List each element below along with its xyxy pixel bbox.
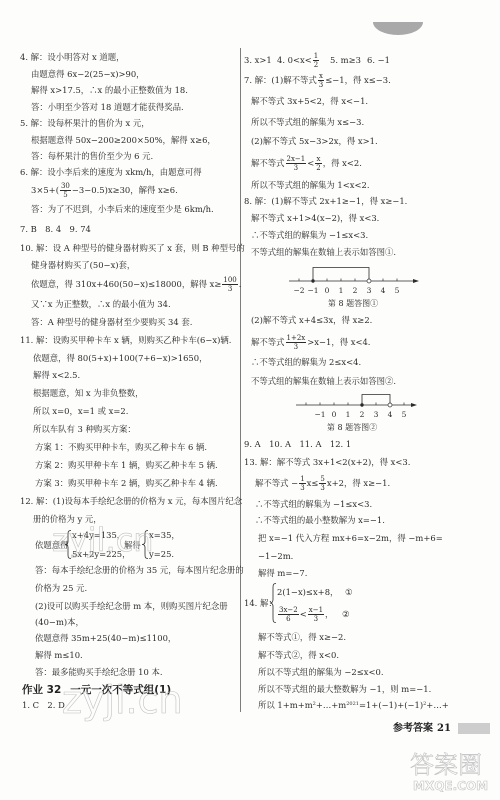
math-text: ≤−1，得 x≤−3.: [325, 75, 391, 85]
footer-label: 参考答案: [393, 722, 433, 735]
answer-line: 12. 解：(1)设每本手绘纪念册的价格为 x 元，每本图片纪念: [20, 496, 242, 507]
denominator: 2: [315, 164, 321, 172]
answer-line: 册的价格为 y 元，: [33, 514, 102, 525]
numerator: 3x−2: [278, 606, 299, 615]
fraction: 13: [299, 475, 305, 492]
denominator: 2: [313, 61, 319, 69]
tick-label: −2: [293, 286, 304, 295]
answer-line: ∴不等式组的解集为 −1≤x<3.: [251, 230, 368, 241]
fraction: 12: [313, 52, 319, 69]
tick-label: 5: [402, 410, 407, 419]
math-text: 依题意，得 310x+460(50−x)≤18000，解得 x≥: [31, 279, 221, 289]
tick-label: 1: [346, 410, 351, 419]
purchase-plan-3: 方案 3：购买甲种卡车 2 辆，购买乙种卡车 4 辆.: [35, 478, 218, 489]
tick-label: 0: [325, 286, 330, 295]
purchase-plan-2: 方案 2：购买甲种卡车 1 辆，购买乙种卡车 5 辆.: [35, 460, 218, 471]
answer-3: 3. x>1: [244, 55, 272, 66]
fraction: 3x−26: [278, 606, 299, 623]
answer-line: 解得 x<2.5.: [33, 370, 80, 381]
answer-line: 所以不等式组的最大整数解为 −1，则 m=−1.: [258, 684, 431, 695]
answer-line: 6. 解：设小李后来的速度为 xkm/h，由题意可得: [20, 167, 202, 178]
answer-line: 解不等式1+2x3>x−1，得 x<4.: [251, 334, 370, 351]
numerator: 2x−1: [286, 155, 307, 164]
answer-line: 答：小明至少答对 18 道题才能获得奖品.: [31, 102, 184, 113]
numerator: 5: [319, 475, 325, 484]
closed-point-icon: [360, 403, 363, 406]
answer-4: 4. 0<x<12: [277, 52, 320, 69]
math-text: 4. 0<x<: [277, 55, 312, 65]
tick-label: 1: [339, 286, 344, 295]
answer-line: 根据题意，知 x 为非负整数，: [33, 388, 144, 399]
answer-line: 答：最多能购买手绘纪念册 10 本.: [35, 667, 163, 678]
answer-line: 所以不等式组的解集为 −2≤x<0.: [258, 667, 384, 678]
figure-caption-2: 第 8 题答图②: [317, 422, 387, 433]
denominator: 3: [286, 343, 307, 351]
denominator: 3: [286, 164, 307, 172]
system-label: 依题意得: [35, 540, 69, 551]
answer-line: 不等式组的解集在数轴上表示如答图②.: [251, 376, 396, 387]
numerator: 30: [60, 182, 71, 191]
page-tab-decoration: [373, 22, 423, 35]
answer-line: 所以不等式组的解集为 x≤−3.: [251, 117, 364, 128]
inequality-2: 3x−26<x−13，: [277, 606, 333, 623]
answer-line: (40−m)本，: [35, 617, 84, 628]
tick-label: −1: [307, 286, 318, 295]
answer-line: ∴不等式组的解集为 2≤x<4.: [251, 357, 361, 368]
brace-icon: [270, 583, 276, 623]
math-text: ，: [325, 609, 333, 619]
brace-icon: [142, 530, 148, 559]
answer-line: 解不等式②，得 x<0.: [258, 650, 339, 661]
denominator: 3: [318, 81, 324, 89]
answer-line: 所以 x=0，x=1 或 x=2.: [33, 406, 128, 417]
answer-line: 解得 m≤10.: [35, 650, 83, 661]
math-text: 7. 解：(1)解不等式: [244, 75, 317, 85]
answer-line: 解不等式①，得 x≥−2.: [258, 632, 346, 643]
answer-line: 所以不等式组的解集为 1<x<2.: [251, 180, 370, 191]
answer-line: 答：每本手绘纪念册的价格为 35 元，每本图片纪念册的: [35, 565, 244, 576]
system-equation-1: x+4y=135，: [72, 530, 125, 541]
answer-line: 3×5+(305−3−0.5)x≥30，解得 x≥6.: [31, 182, 178, 199]
answer-line: (2)解不等式 5x−3>2x，得 x>1.: [251, 136, 378, 147]
fraction: x3: [318, 72, 324, 89]
solve-label: 解得: [124, 540, 141, 551]
answer-line: 解不等式 −13x≤53x+2，得 x≥−1.: [255, 475, 390, 492]
denominator: 3: [308, 615, 324, 623]
tick-label: 4: [381, 286, 386, 295]
fraction: 1003: [222, 276, 237, 293]
answer-6: 6. −1: [367, 55, 390, 66]
math-text: x≤: [307, 478, 319, 488]
math-text: 解不等式: [251, 337, 285, 347]
answer-line: 10. 解：设 A 种型号的健身器材购买了 x 套，则 B 种型号的: [20, 243, 245, 254]
arrow-icon: [411, 403, 417, 407]
footer-decoration-bar: [458, 723, 490, 734]
fraction: 1+2x3: [286, 334, 307, 351]
answer-line: 又∵x 为正整数，∴x 的最小值为 34.: [31, 299, 171, 310]
answer-line: 依题意，得 310x+460(50−x)≤18000，解得 x≥1003.: [31, 276, 241, 293]
numerator: x: [315, 155, 321, 164]
answer-line: 答：A 种型号的健身器材至少要购买 34 套.: [31, 317, 192, 328]
denominator: 3: [319, 484, 325, 492]
brace-icon: [65, 530, 71, 559]
numerator: 1: [313, 52, 319, 61]
math-text: ，得 x<2.: [323, 158, 362, 168]
inequality-1: 2(1−x)≤x+8，: [277, 587, 338, 598]
exponent: 2021: [346, 701, 359, 707]
denominator: 6: [278, 615, 299, 623]
inequality-2-marker: ②: [342, 609, 350, 620]
numerator: x−1: [308, 606, 324, 615]
math-text: 所以 1+m+m: [258, 700, 313, 710]
closed-point-icon: [311, 279, 314, 282]
solution-x: x=35，: [149, 530, 180, 541]
answer-line: 答：为了不迟到，小李后来的速度至少是 6km/h.: [31, 204, 214, 215]
answer-line: (2)设可以购买手绘纪念册 m 本，则购买图片纪念册: [35, 601, 228, 612]
answer-line: 8. 解：(1)解不等式 2x+1≥−1，得 x≥−1.: [244, 196, 407, 207]
purchase-plan-1: 方案 1：不购买甲种卡车，购买乙种卡车 6 辆.: [35, 442, 207, 453]
answer-line: 健身器材购买了(50−x)套，: [31, 260, 135, 271]
math-text: x+2，得 x≥−1.: [327, 478, 390, 488]
watermark-brand: 答案圈: [410, 752, 482, 778]
answer-line: 把 x=−1 代入方程 mx+6=x−2m，得 −m+6=: [258, 533, 443, 544]
numerator: 1: [299, 475, 305, 484]
fraction: 2x−13: [286, 155, 307, 172]
math-text: −3−0.5)x≥30，解得 x≥6.: [72, 185, 178, 195]
math-text: <: [300, 609, 307, 619]
answer-line: 4. 解：设小明答对 x 道题，: [20, 52, 124, 63]
answer-line: 依题意得 35m+25(40−m)≤1100，: [35, 633, 176, 644]
open-point-icon: [367, 279, 371, 283]
numerator: 100: [222, 276, 237, 285]
math-text: +…+: [426, 700, 448, 710]
section-title: 一元一次不等式组(1): [70, 684, 171, 696]
answer-line: 11. 解：设购买甲种卡车 x 辆，则购买乙种卡车(6−x)辆.: [20, 335, 231, 346]
answer-line: 不等式组的解集在数轴上表示如答图①.: [251, 247, 396, 258]
tick-label: 5: [395, 286, 400, 295]
answer-line: 13. 解：解不等式 3x+1<2(x+2)，得 x<3.: [244, 457, 410, 468]
number-line-figure-1: −2 −1 0 1 2 3 4 5: [285, 262, 425, 296]
denominator: 3: [222, 285, 237, 293]
answer-line: 所以 1+m+m2+…+m2021=1+(−1)+(−1)2+…+: [258, 700, 449, 711]
math-text: 解不等式: [251, 158, 285, 168]
watermark-brand-url: MXQE.COM: [413, 779, 488, 793]
answer-line: 由题意得 6x−2(25−x)>90，: [31, 69, 145, 80]
math-text: >x−1，得 x<4.: [307, 337, 370, 347]
numerator: 1+2x: [286, 334, 307, 343]
open-point-icon: [388, 403, 392, 407]
answer-key-page: 4. 解：设小明答对 x 道题， 由题意得 6x−2(25−x)>90， 解得 …: [0, 0, 500, 800]
system-equation-2: 5x+2y=225，: [72, 549, 131, 560]
section-number: 作业 32: [22, 684, 61, 696]
answer-line: (2)解不等式 x+4≤3x，得 x≥2.: [251, 315, 372, 326]
tick-label: 4: [388, 410, 393, 419]
answer-line: −1−2m.: [258, 551, 293, 562]
tick-label: 3: [367, 286, 372, 295]
fraction: 305: [60, 182, 71, 199]
arrow-icon: [413, 279, 419, 283]
column-divider: [240, 48, 241, 712]
tick-label: 2: [353, 286, 358, 295]
math-text: .: [239, 279, 242, 289]
math-text: <: [307, 158, 314, 168]
choice-answers-1-2: 1. C 2. D: [22, 700, 65, 711]
answer-line: 解得 m=−7.: [258, 568, 307, 579]
answer-line: 答：每杯果汁的售价至少为 6 元.: [31, 151, 153, 162]
tick-label: −1: [314, 410, 325, 419]
inequality-1-marker: ①: [345, 587, 353, 598]
fraction: x2: [315, 155, 321, 172]
answer-line: 解不等式 x+1>4(x−2)，得 x<3.: [251, 213, 379, 224]
answer-line: 解得 x>17.5，∴x 的最小正整数值为 18.: [31, 85, 188, 96]
tick-label: 2: [360, 410, 365, 419]
numerator: x: [318, 72, 324, 81]
answer-line: ∴不等式组的解集为 −1≤x<3.: [255, 499, 372, 510]
answer-5: 5. m≥3: [330, 55, 361, 66]
answer-line: 7. 解：(1)解不等式x3≤−1，得 x≤−3.: [244, 72, 391, 89]
page-number: 21: [437, 722, 451, 735]
solution-y: y=25.: [149, 549, 174, 560]
figure-caption-1: 第 8 题答图①: [318, 298, 388, 309]
math-text: =1+(−1)+(−1): [359, 700, 423, 710]
denominator: 5: [60, 191, 71, 199]
tick-label: 0: [332, 410, 337, 419]
math-text: 3×5+(: [31, 185, 59, 195]
answer-line: 解不等式 3x+5<2，得 x<−1.: [251, 96, 368, 107]
answer-line: 所以车队有 3 种购买方案：: [33, 424, 136, 435]
answer-line: 根据题意得 50x−200≥200×50%，解得 x≥6，: [31, 135, 216, 146]
answer-line: 解不等式2x−13<x2，得 x<2.: [251, 155, 362, 172]
answer-line: ∴不等式组的最小整数解为 x=−1.: [255, 515, 385, 526]
fraction: x−13: [308, 606, 324, 623]
section-heading: 作业 32一元一次不等式组(1): [22, 683, 171, 697]
choice-answers-9-12: 9. A 10. A 11. A 12. 1: [244, 439, 351, 450]
math-text: +…+m: [316, 700, 346, 710]
answer-line: 依题意，得 80(5+x)+100(7+6−x)>1650，: [33, 353, 207, 364]
tick-label: 3: [374, 410, 379, 419]
fraction: 53: [319, 475, 325, 492]
answer-line: 5. 解：设每杯果汁的售价为 x 元，: [20, 118, 150, 129]
math-text: 解不等式 −: [255, 478, 298, 488]
denominator: 3: [299, 484, 305, 492]
answer-line: 价格为 25 元.: [35, 583, 87, 594]
number-line-figure-2: −1 0 1 2 3 4 5: [292, 388, 422, 419]
choice-answers-7-9: 7. B 8. 4 9. 74: [20, 224, 91, 235]
